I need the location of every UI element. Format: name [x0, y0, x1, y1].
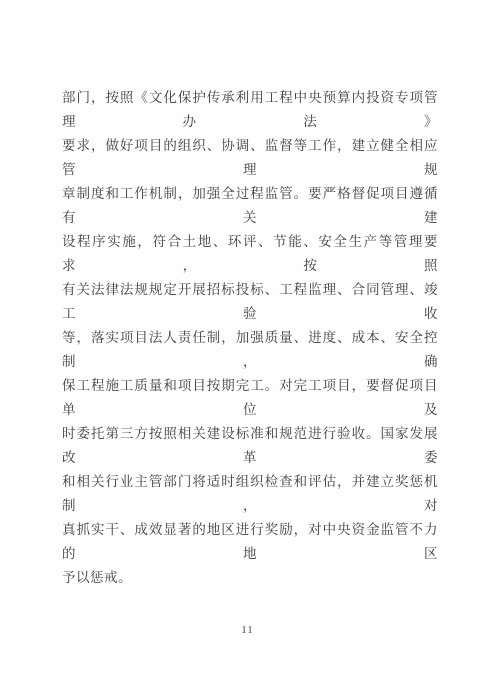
- paragraph-line: 予以惩戒。: [62, 566, 438, 590]
- paragraph-line: 真抓实干、成效显著的地区进行奖励，对中央资金监管不力的地区: [62, 518, 438, 566]
- paragraph-line: 时委托第三方按照相关建设标准和规范进行验收。国家发展改革委: [62, 422, 438, 470]
- page-number: 11: [0, 624, 495, 636]
- paragraph-line: 保工程施工质量和项目按期完工。对完工项目，要督促项目单位及: [62, 374, 438, 422]
- paragraph-line: 章制度和工作机制，加强全过程监管。要严格督促项目遵循有关建: [62, 182, 438, 230]
- document-page: 部门，按照《文化保护传承利用工程中央预算内投资专项管理办法》要求，做好项目的组织…: [0, 0, 495, 700]
- paragraph-line: 部门，按照《文化保护传承利用工程中央预算内投资专项管理办法》: [62, 86, 438, 134]
- paragraph-line: 和相关行业主管部门将适时组织检查和评估，并建立奖惩机制，对: [62, 470, 438, 518]
- paragraph-line: 等，落实项目法人责任制，加强质量、进度、成本、安全控制，确: [62, 326, 438, 374]
- paragraph-line: 设程序实施，符合土地、环评、节能、安全生产等管理要求，按照: [62, 230, 438, 278]
- paragraph-line: 有关法律法规规定开展招标投标、工程监理、合同管理、竣工验收: [62, 278, 438, 326]
- paragraph-line: 要求，做好项目的组织、协调、监督等工作，建立健全相应管理规: [62, 134, 438, 182]
- paragraph: 部门，按照《文化保护传承利用工程中央预算内投资专项管理办法》要求，做好项目的组织…: [62, 86, 438, 590]
